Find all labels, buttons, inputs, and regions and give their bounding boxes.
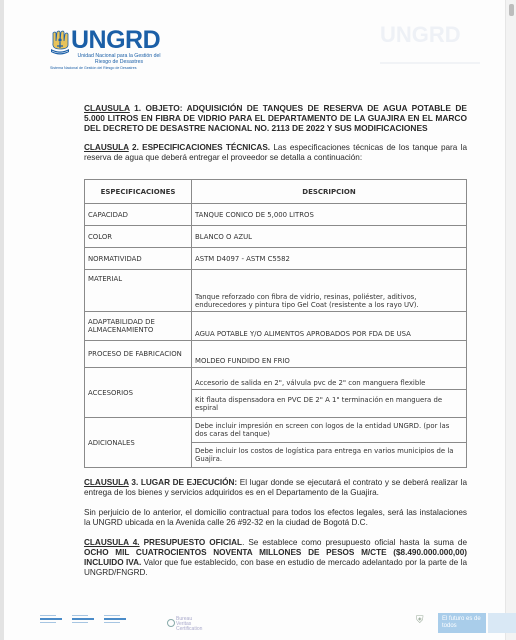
spec-cell: ADAPTABILIDAD DE ALMACENAMIENTO xyxy=(85,312,192,341)
table-row: ADAPTABILIDAD DE ALMACENAMIENTO AGUA POT… xyxy=(85,312,467,341)
clause-3: CLAUSULA 3. LUGAR DE EJECUCIÓN: El lugar… xyxy=(84,478,467,498)
desc-cell: Accesorio de salida en 2", válvula pvc d… xyxy=(192,368,467,390)
clause-3-label: CLAUSULA xyxy=(84,478,129,487)
clause-4-label: CLAUSULA 4. xyxy=(84,538,140,547)
vertical-scrollbar[interactable] xyxy=(505,0,516,640)
page-footer: Bureau Veritas Certification ⛨ El futuro… xyxy=(30,607,500,635)
spec-cell: CAPACIDAD xyxy=(85,204,192,226)
desc-cell: Debe incluir los costos de logística par… xyxy=(192,443,467,468)
spec-cell: COLOR xyxy=(85,226,192,248)
spec-cell: NORMATIVIDAD xyxy=(85,248,192,270)
table-row: COLOR BLANCO O AZUL xyxy=(85,226,467,248)
spec-cell: ADICIONALES xyxy=(85,418,192,468)
clause-4-title: PRESUPUESTO OFICIAL xyxy=(140,538,243,547)
table-row: ADICIONALES Debe incluir impresión en sc… xyxy=(85,418,467,443)
bureau-veritas-icon xyxy=(167,619,175,627)
desc-cell: Debe incluir impresión en screen con log… xyxy=(192,418,467,443)
certification-logo-2 xyxy=(72,613,94,627)
document-body: CLAUSULA 1. OBJETO: ADQUISICIÓN DE TANQU… xyxy=(84,95,467,163)
header-descripcion: DESCRIPCION xyxy=(192,180,467,204)
desc-cell: Tanque reforzado con fibra de vidrio, re… xyxy=(192,270,467,312)
partner-brand: Bureau Veritas Certification xyxy=(176,617,206,632)
clause-1-label: CLAUSULA xyxy=(84,103,130,113)
slogan-box: El futuro es de todos xyxy=(438,613,486,633)
clause-3-paragraph-2: Sin perjuicio de lo anterior, el domicil… xyxy=(84,508,467,528)
table-row: MATERIAL Tanque reforzado con fibra de v… xyxy=(85,270,467,312)
table-header-row: ESPECIFICACIONES DESCRIPCION xyxy=(85,180,467,204)
certification-logo-1 xyxy=(40,613,62,627)
desc-cell: MOLDEO FUNDIDO EN FRIO xyxy=(192,341,467,368)
clause-2-label: CLAUSULA xyxy=(84,143,129,152)
clause-1: CLAUSULA 1. OBJETO: ADQUISICIÓN DE TANQU… xyxy=(84,103,467,133)
desc-cell: Kit flauta dispensadora en PVC DE 2" A 1… xyxy=(192,390,467,418)
table-row: CAPACIDAD TANQUE CONICO DE 5,000 LITROS xyxy=(85,204,467,226)
table-row: NORMATIVIDAD ASTM D4097 - ASTM C5582 xyxy=(85,248,467,270)
scrollbar-thumb[interactable] xyxy=(509,4,514,16)
desc-cell: ASTM D4097 - ASTM C5582 xyxy=(192,248,467,270)
logo-subtitle: Unidad Nacional para la Gestión del Ries… xyxy=(74,53,164,65)
table-row: PROCESO DE FABRICACION MOLDEO FUNDIDO EN… xyxy=(85,341,467,368)
clause-4: CLAUSULA 4. PRESUPUESTO OFICIAL. Se esta… xyxy=(84,538,467,578)
desc-cell: TANQUE CONICO DE 5,000 LITROS xyxy=(192,204,467,226)
ungrd-emblem-icon xyxy=(50,29,70,57)
certification-logo-3 xyxy=(104,613,126,627)
desc-cell: AGUA POTABLE Y/O ALIMENTOS APROBADOS POR… xyxy=(192,312,467,341)
page-edge xyxy=(0,0,4,640)
table-row: ACCESORIOS Accesorio de salida en 2", vá… xyxy=(85,368,467,390)
header-especificaciones: ESPECIFICACIONES xyxy=(85,180,192,204)
footer-address xyxy=(210,614,390,619)
specifications-table: ESPECIFICACIONES DESCRIPCION CAPACIDAD T… xyxy=(84,179,467,468)
clause-3-title: 3. LUGAR DE EJECUCIÓN: xyxy=(129,478,237,487)
logo-wordmark: UNGRD xyxy=(71,27,160,53)
government-logo-box xyxy=(488,613,516,633)
clause-2-title: 2. ESPECIFICACIONES TÉCNICAS. xyxy=(129,143,270,152)
spec-cell: PROCESO DE FABRICACION xyxy=(85,341,192,368)
clause-4-text-2: Valor que fue establecido, con base en e… xyxy=(84,558,467,577)
ungrd-logo: UNGRD Unidad Nacional para la Gestión de… xyxy=(50,27,160,73)
spec-cell: ACCESORIOS xyxy=(85,368,192,418)
clause-1-text: 1. OBJETO: ADQUISICIÓN DE TANQUES DE RES… xyxy=(84,103,467,133)
logo-tagline: Sistema Nacional de Gestión del Riesgo d… xyxy=(50,66,137,70)
desc-cell: BLANCO O AZUL xyxy=(192,226,467,248)
document-body-lower: CLAUSULA 3. LUGAR DE EJECUCIÓN: El lugar… xyxy=(84,478,467,578)
clause-4-text-1: . Se establece como presupuesto oficial … xyxy=(242,538,467,547)
colombia-shield-icon: ⛨ xyxy=(416,615,424,626)
spec-cell: MATERIAL xyxy=(85,270,192,312)
watermark-logo: UNGRD xyxy=(380,22,461,48)
clause-2: CLAUSULA 2. ESPECIFICACIONES TÉCNICAS. L… xyxy=(84,143,467,163)
watermark-line xyxy=(380,62,480,64)
